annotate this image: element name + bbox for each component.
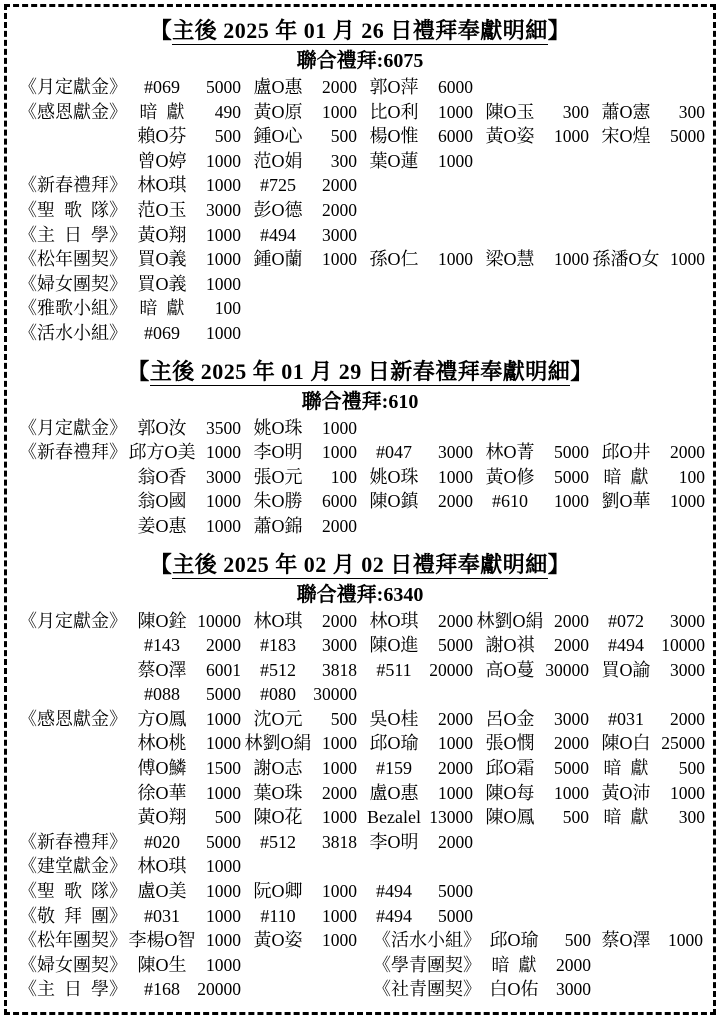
donation-amount: 13000 [429, 805, 475, 830]
donation-amount: 1000 [661, 489, 707, 514]
donor-name: 陳O進 [359, 633, 429, 658]
donor-name: 陳O花 [243, 805, 313, 830]
bracket-open: 【 [127, 359, 150, 384]
donor-name: #143 [127, 633, 197, 658]
donation-amount: 3000 [547, 977, 593, 1002]
donation-amount: 2000 [313, 75, 359, 100]
donation-amount: 1000 [197, 928, 243, 953]
donor-name: 林O桃 [127, 731, 197, 756]
donation-amount: 2000 [661, 707, 707, 732]
category-label: 《聖 歌 隊》 [19, 198, 127, 223]
donation-row: 蔡O澤6001#5123818#51120000高O蔓30000買O諭3000 [19, 658, 701, 683]
donation-amount: 1000 [197, 173, 243, 198]
donation-row: 《主 日 學》#16820000《社青團契》白O佑3000 [19, 977, 701, 1002]
donation-amount: 1000 [197, 731, 243, 756]
offering-report: 【主後 2025 年 01 月 26 日禮拜奉獻明細】聯合禮拜:6075《月定獻… [19, 15, 701, 1002]
donor-name: #725 [243, 173, 313, 198]
donor-name: 蔡O澤 [127, 658, 197, 683]
donation-amount: 500 [313, 707, 359, 732]
donation-amount: 1000 [197, 904, 243, 929]
bracket-close: 】 [548, 552, 571, 577]
donation-amount: 1000 [661, 247, 707, 272]
donation-amount: 20000 [429, 658, 475, 683]
donation-amount: 500 [661, 756, 707, 781]
donation-row: 《活水小組》#0691000 [19, 321, 701, 346]
donor-name: 黃O翔 [127, 223, 197, 248]
donor-name: #020 [127, 830, 197, 855]
donor-name: 林O琪 [127, 854, 197, 879]
donor-name: 葉O珠 [243, 781, 313, 806]
donation-amount: 500 [545, 805, 591, 830]
donation-amount: 6000 [429, 75, 475, 100]
donor-name: 盧O美 [127, 879, 197, 904]
donation-amount: 1000 [429, 781, 475, 806]
donation-amount: 1000 [197, 272, 243, 297]
donation-amount: 1000 [313, 805, 359, 830]
donor-name: 林O琪 [359, 609, 429, 634]
donation-amount: 500 [197, 805, 243, 830]
donor-name: 盧O惠 [359, 781, 429, 806]
donation-amount: 30000 [313, 682, 359, 707]
donation-amount: 3000 [545, 707, 591, 732]
donor-name: #088 [127, 682, 197, 707]
donor-name: #069 [127, 75, 197, 100]
donation-amount: 1000 [661, 781, 707, 806]
donation-row: 《婦女團契》買O義1000 [19, 272, 701, 297]
donation-row: 曾O婷1000范O娟300葉O蓮1000 [19, 149, 701, 174]
category-label: 《感恩獻金》 [19, 707, 127, 732]
category-label: 《月定獻金》 [19, 609, 127, 634]
donation-amount: 20000 [197, 977, 243, 1002]
donation-amount: 2000 [545, 609, 591, 634]
donation-amount: 5000 [197, 830, 243, 855]
donor-name: 黃O沛 [591, 781, 661, 806]
donor-name: 葉O蓮 [359, 149, 429, 174]
donor-name: 姚O珠 [243, 416, 313, 441]
donation-amount: 500 [547, 928, 593, 953]
donor-name: 高O蔓 [475, 658, 545, 683]
donation-row: 《月定獻金》陳O銓10000林O琪2000林O琪2000林劉O絹2000#072… [19, 609, 701, 634]
donor-name: #511 [359, 658, 429, 683]
donation-amount: 3000 [313, 223, 359, 248]
service-total: 聯合禮拜:610 [19, 388, 701, 416]
donation-row: 《感恩獻金》暗 獻490黃O原1000比O利1000陳O玉300蕭O憲300 [19, 100, 701, 125]
donor-name: 邱O瑜 [359, 731, 429, 756]
donation-amount: 3000 [429, 440, 475, 465]
category-label: 《學青團契》 [373, 953, 481, 978]
donation-amount: 2000 [429, 756, 475, 781]
donor-name: 陳O鳳 [475, 805, 545, 830]
donor-name: 蔡O澤 [593, 928, 659, 953]
donation-amount: 1000 [429, 247, 475, 272]
donation-amount: 1000 [197, 223, 243, 248]
donation-amount: 100 [661, 465, 707, 490]
report-title: 【主後 2025 年 01 月 26 日禮拜奉獻明細】 [19, 15, 701, 47]
donor-name: 范O玉 [127, 198, 197, 223]
donation-amount: 1000 [197, 247, 243, 272]
donor-name: 孫O仁 [359, 247, 429, 272]
donor-name: 梁O慧 [475, 247, 545, 272]
document-page: 【主後 2025 年 01 月 26 日禮拜奉獻明細】聯合禮拜:6075《月定獻… [4, 4, 716, 1015]
donation-amount: 1000 [197, 489, 243, 514]
donation-amount: 100 [197, 296, 243, 321]
donor-name: 張O憫 [475, 731, 545, 756]
category-label: 《新春禮拜》 [19, 830, 127, 855]
donation-row: 《月定獻金》郭O汝3500姚O珠1000 [19, 416, 701, 441]
donation-amount: 1000 [197, 953, 243, 978]
category-label: 《婦女團契》 [19, 272, 127, 297]
donation-amount: 2000 [429, 830, 475, 855]
donation-row: 賴O芬500鍾O心500楊O惟6000黃O姿1000宋O煌5000 [19, 124, 701, 149]
donation-amount: 1500 [197, 756, 243, 781]
donation-amount: 1000 [313, 247, 359, 272]
donation-row: 《主 日 學》黃O翔1000#4943000 [19, 223, 701, 248]
donor-name: 范O娟 [243, 149, 313, 174]
donation-row: #0885000#08030000 [19, 682, 701, 707]
category-label: 《社青團契》 [373, 977, 481, 1002]
donor-name: 傅O鱗 [127, 756, 197, 781]
donation-amount: 2000 [429, 489, 475, 514]
donation-row: 《婦女團契》陳O生1000《學青團契》暗 獻2000 [19, 953, 701, 978]
donor-name: 孫潘O女 [591, 247, 661, 272]
category-label: 《松年團契》 [19, 928, 127, 953]
donation-amount: 2000 [313, 514, 359, 539]
donation-amount: 300 [313, 149, 359, 174]
donor-name: 陳O鎮 [359, 489, 429, 514]
donor-name: 鍾O蘭 [243, 247, 313, 272]
donor-name: 姚O珠 [359, 465, 429, 490]
donation-amount: 1000 [313, 879, 359, 904]
donation-amount: 1000 [197, 781, 243, 806]
donor-name: 黃O原 [243, 100, 313, 125]
donation-amount: 2000 [429, 609, 475, 634]
donation-row: 姜O惠1000蕭O錦2000 [19, 514, 701, 539]
donation-amount: 3000 [661, 658, 707, 683]
donor-name: 蕭O錦 [243, 514, 313, 539]
donation-amount: 1000 [429, 100, 475, 125]
donation-amount: 500 [313, 124, 359, 149]
donor-name: 陳O銓 [127, 609, 197, 634]
service-total: 聯合禮拜:6340 [19, 581, 701, 609]
donor-name: #494 [591, 633, 661, 658]
category-label: 《月定獻金》 [19, 416, 127, 441]
donation-amount: 1000 [313, 731, 359, 756]
donor-name: #183 [243, 633, 313, 658]
category-label: 《建堂獻金》 [19, 854, 127, 879]
report-title-text: 主後 2025 年 02 月 02 日禮拜奉獻明細 [172, 552, 548, 579]
donation-amount: 10000 [197, 609, 243, 634]
donation-amount: 5000 [661, 124, 707, 149]
donor-name: 楊O惟 [359, 124, 429, 149]
donor-name: 翁O國 [127, 489, 197, 514]
donation-amount: 1000 [545, 247, 591, 272]
donor-name: 邱O瑜 [481, 928, 547, 953]
donation-amount: 3818 [313, 830, 359, 855]
donor-name: 宋O煌 [591, 124, 661, 149]
donation-amount: 1000 [545, 489, 591, 514]
category-label: 《感恩獻金》 [19, 100, 127, 125]
donation-row: 《松年團契》買O義1000鍾O蘭1000孫O仁1000梁O慧1000孫潘O女10… [19, 247, 701, 272]
donation-amount: 1000 [197, 149, 243, 174]
donation-amount: 3000 [197, 465, 243, 490]
donor-name: 陳O白 [591, 731, 661, 756]
donor-name: 林O琪 [127, 173, 197, 198]
donation-amount: 2000 [545, 731, 591, 756]
donation-amount: 1000 [313, 100, 359, 125]
donor-name: 阮O卿 [243, 879, 313, 904]
donation-amount: 1000 [429, 149, 475, 174]
donation-amount: 2000 [313, 198, 359, 223]
donation-amount: 5000 [545, 440, 591, 465]
donor-name: #494 [243, 223, 313, 248]
donation-amount: 3000 [661, 609, 707, 634]
donation-amount: 2000 [313, 173, 359, 198]
report-title: 【主後 2025 年 01 月 29 日新春禮拜奉獻明細】 [19, 356, 701, 388]
donation-amount: 100 [313, 465, 359, 490]
donation-amount: 1000 [313, 416, 359, 441]
donation-row: 翁O香3000張O元100姚O珠1000黃O修5000暗 獻100 [19, 465, 701, 490]
donation-amount: 1000 [197, 440, 243, 465]
donation-amount: 5000 [429, 633, 475, 658]
donor-name: 曾O婷 [127, 149, 197, 174]
bracket-close: 】 [570, 359, 593, 384]
donation-row: 《雅歌小組》暗 獻100 [19, 296, 701, 321]
donor-name: 邱O井 [591, 440, 661, 465]
donor-name: 鍾O心 [243, 124, 313, 149]
report-title-text: 主後 2025 年 01 月 26 日禮拜奉獻明細 [172, 18, 548, 45]
donation-row: 《聖 歌 隊》盧O美1000阮O卿1000#4945000 [19, 879, 701, 904]
donation-amount: 1000 [545, 124, 591, 149]
donation-amount: 1000 [197, 321, 243, 346]
donor-name: #072 [591, 609, 661, 634]
donation-row: 傅O鱗1500謝O志1000#1592000邱O霜5000暗 獻500 [19, 756, 701, 781]
donor-name: #512 [243, 658, 313, 683]
category-label: 《主 日 學》 [19, 223, 127, 248]
donation-amount: 1000 [659, 928, 705, 953]
category-label: 《新春禮拜》 [19, 173, 127, 198]
bracket-open: 【 [150, 552, 173, 577]
category-label: 《主 日 學》 [19, 977, 127, 1002]
donation-amount: 2000 [547, 953, 593, 978]
donor-name: 盧O惠 [243, 75, 313, 100]
donation-amount: 1000 [197, 854, 243, 879]
category-label: 《婦女團契》 [19, 953, 127, 978]
donation-amount: 30000 [545, 658, 591, 683]
donor-name: 黃O翔 [127, 805, 197, 830]
donor-name: #031 [591, 707, 661, 732]
donor-name: 暗 獻 [127, 100, 197, 125]
donation-amount: 5000 [545, 465, 591, 490]
donation-amount: 1000 [429, 731, 475, 756]
donor-name: 陳O生 [127, 953, 197, 978]
donation-amount: 1000 [313, 440, 359, 465]
donor-name: 呂O金 [475, 707, 545, 732]
donor-name: 暗 獻 [127, 296, 197, 321]
report-title: 【主後 2025 年 02 月 02 日禮拜奉獻明細】 [19, 549, 701, 581]
donation-amount: 3818 [313, 658, 359, 683]
donation-amount: 1000 [197, 879, 243, 904]
donation-row: 徐O華1000葉O珠2000盧O惠1000陳O每1000黃O沛1000 [19, 781, 701, 806]
offering-section: 【主後 2025 年 02 月 02 日禮拜奉獻明細】聯合禮拜:6340《月定獻… [19, 549, 701, 1003]
donation-row: 《松年團契》李楊O智1000黃O姿1000《活水小組》邱O瑜500蔡O澤1000 [19, 928, 701, 953]
donation-amount: 300 [545, 100, 591, 125]
donor-name: #047 [359, 440, 429, 465]
category-label: 《活水小組》 [19, 321, 127, 346]
donation-row: 黃O翔500陳O花1000Bezalel13000陳O鳳500暗 獻300 [19, 805, 701, 830]
category-label: 《雅歌小組》 [19, 296, 127, 321]
donor-name: 李O明 [359, 830, 429, 855]
donation-row: #1432000#1833000陳O進5000謝O祺2000#49410000 [19, 633, 701, 658]
donation-amount: 300 [661, 805, 707, 830]
donation-row: 《聖 歌 隊》范O玉3000彭O德2000 [19, 198, 701, 223]
donation-amount: 2000 [313, 781, 359, 806]
donor-name: 林劉O絹 [475, 609, 545, 634]
donor-name: #069 [127, 321, 197, 346]
donor-name: 賴O芬 [127, 124, 197, 149]
donor-name: 暗 獻 [591, 805, 661, 830]
donor-name: 姜O惠 [127, 514, 197, 539]
donation-amount: 490 [197, 100, 243, 125]
donation-amount: 1000 [313, 904, 359, 929]
bracket-close: 】 [548, 18, 571, 43]
donor-name: #168 [127, 977, 197, 1002]
donor-name: 沈O元 [243, 707, 313, 732]
donation-amount: 2000 [313, 609, 359, 634]
donor-name: 白O佑 [481, 977, 547, 1002]
category-label: 《松年團契》 [19, 247, 127, 272]
category-label: 《聖 歌 隊》 [19, 879, 127, 904]
donation-amount: 1000 [429, 465, 475, 490]
donation-amount: 1000 [197, 514, 243, 539]
donor-name: #512 [243, 830, 313, 855]
donor-name: 買O義 [127, 272, 197, 297]
service-total: 聯合禮拜:6075 [19, 47, 701, 75]
donor-name: 彭O德 [243, 198, 313, 223]
category-label: 《活水小組》 [373, 928, 481, 953]
donor-name: 邱方O美 [127, 440, 197, 465]
donor-name: Bezalel [359, 805, 429, 830]
donation-amount: 1000 [313, 756, 359, 781]
donation-amount: 500 [197, 124, 243, 149]
donation-amount: 5000 [197, 75, 243, 100]
donor-name: 蕭O憲 [591, 100, 661, 125]
donor-name: 林O琪 [243, 609, 313, 634]
donor-name: #159 [359, 756, 429, 781]
donor-name: 朱O勝 [243, 489, 313, 514]
donation-amount: 5000 [545, 756, 591, 781]
donation-row: 《新春禮拜》邱方O美1000李O明1000#0473000林O菁5000邱O井2… [19, 440, 701, 465]
donation-amount: 3000 [197, 198, 243, 223]
category-label: 《新春禮拜》 [19, 440, 127, 465]
donor-name: #610 [475, 489, 545, 514]
donor-name: 林O菁 [475, 440, 545, 465]
donor-name: #080 [243, 682, 313, 707]
donation-row: 林O桃1000林劉O絹1000邱O瑜1000張O憫2000陳O白25000 [19, 731, 701, 756]
donor-name: 劉O華 [591, 489, 661, 514]
donation-row: 《新春禮拜》#0205000#5123818李O明2000 [19, 830, 701, 855]
report-title-text: 主後 2025 年 01 月 29 日新春禮拜奉獻明細 [150, 359, 571, 386]
donation-amount: 1000 [545, 781, 591, 806]
donation-amount: 5000 [197, 682, 243, 707]
donor-name: 郭O萍 [359, 75, 429, 100]
donation-row: 《建堂獻金》林O琪1000 [19, 854, 701, 879]
donation-amount: 10000 [661, 633, 707, 658]
donation-amount: 6000 [313, 489, 359, 514]
category-label: 《月定獻金》 [19, 75, 127, 100]
donor-name: 買O義 [127, 247, 197, 272]
donor-name: 買O諭 [591, 658, 661, 683]
donation-amount: 2000 [429, 707, 475, 732]
donation-amount: 1000 [313, 928, 359, 953]
donation-amount: 5000 [429, 904, 475, 929]
donor-name: 張O元 [243, 465, 313, 490]
offering-section: 【主後 2025 年 01 月 29 日新春禮拜奉獻明細】聯合禮拜:610《月定… [19, 356, 701, 539]
donation-amount: 6000 [429, 124, 475, 149]
donor-name: #110 [243, 904, 313, 929]
donor-name: 邱O霜 [475, 756, 545, 781]
donation-row: 《月定獻金》#0695000盧O惠2000郭O萍6000 [19, 75, 701, 100]
donation-amount: 6001 [197, 658, 243, 683]
donation-amount: 5000 [429, 879, 475, 904]
donor-name: #494 [359, 904, 429, 929]
category-label: 《敬 拜 團》 [19, 904, 127, 929]
donation-row: 翁O國1000朱O勝6000陳O鎮2000#6101000劉O華1000 [19, 489, 701, 514]
donor-name: 翁O香 [127, 465, 197, 490]
donation-amount: 2000 [545, 633, 591, 658]
donation-amount: 300 [661, 100, 707, 125]
donor-name: 林劉O絹 [243, 731, 313, 756]
donor-name: 暗 獻 [481, 953, 547, 978]
donor-name: 陳O玉 [475, 100, 545, 125]
offering-section: 【主後 2025 年 01 月 26 日禮拜奉獻明細】聯合禮拜:6075《月定獻… [19, 15, 701, 346]
bracket-open: 【 [150, 18, 173, 43]
donor-name: 陳O每 [475, 781, 545, 806]
donation-amount: 2000 [661, 440, 707, 465]
donor-name: 郭O汝 [127, 416, 197, 441]
donor-name: #031 [127, 904, 197, 929]
donor-name: 謝O志 [243, 756, 313, 781]
donor-name: 方O鳳 [127, 707, 197, 732]
donor-name: 暗 獻 [591, 756, 661, 781]
donor-name: 徐O華 [127, 781, 197, 806]
donor-name: #494 [359, 879, 429, 904]
donation-amount: 3000 [313, 633, 359, 658]
donor-name: 暗 獻 [591, 465, 661, 490]
donation-amount: 3500 [197, 416, 243, 441]
donor-name: 黃O姿 [243, 928, 313, 953]
donor-name: 李O明 [243, 440, 313, 465]
donation-amount: 1000 [197, 707, 243, 732]
donation-amount: 25000 [661, 731, 707, 756]
donor-name: 謝O祺 [475, 633, 545, 658]
donor-name: 李楊O智 [127, 928, 197, 953]
donor-name: 吳O桂 [359, 707, 429, 732]
donor-name: 黃O姿 [475, 124, 545, 149]
donor-name: 黃O修 [475, 465, 545, 490]
donor-name: 比O利 [359, 100, 429, 125]
donation-row: 《新春禮拜》林O琪1000#7252000 [19, 173, 701, 198]
donation-row: 《敬 拜 團》#0311000#1101000#4945000 [19, 904, 701, 929]
donation-amount: 2000 [197, 633, 243, 658]
donation-row: 《感恩獻金》方O鳳1000沈O元500吳O桂2000呂O金3000#031200… [19, 707, 701, 732]
